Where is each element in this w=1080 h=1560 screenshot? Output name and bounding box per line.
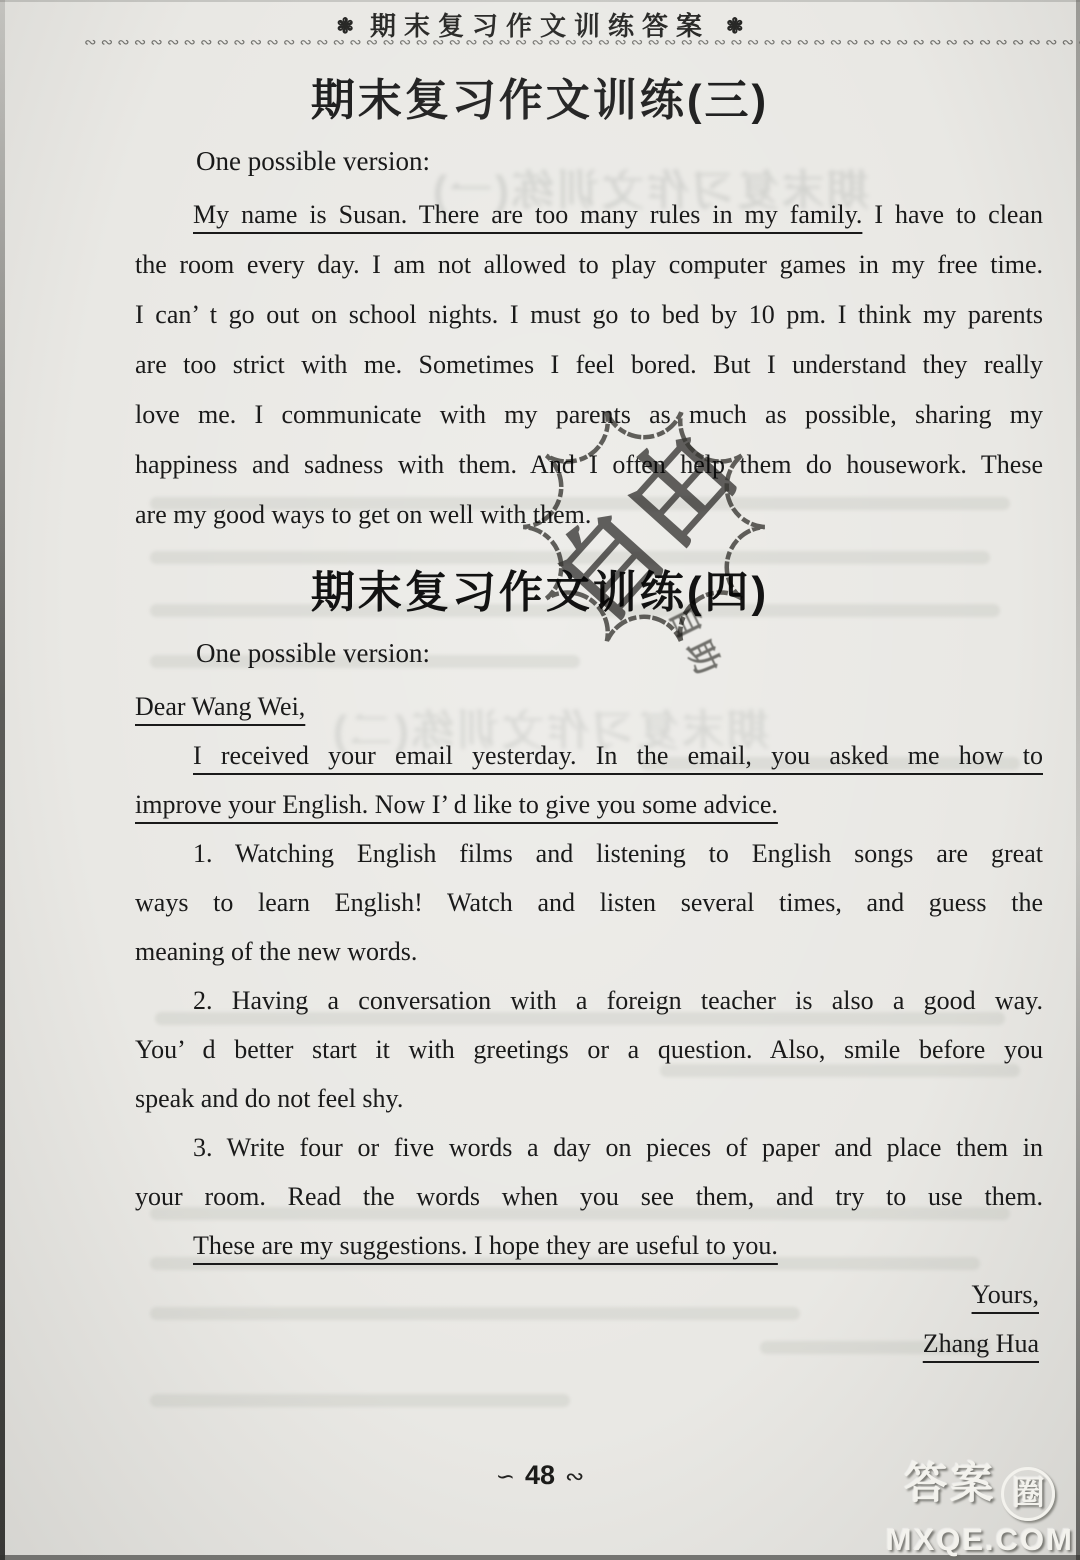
- underlined-text: My name is Susan. There are too many rul…: [193, 200, 862, 229]
- text-line: Dear Wang Wei,: [135, 682, 1043, 731]
- swash-ornament-icon: ∽: [496, 1464, 515, 1489]
- text-line: 3. Write four or five words a day on pie…: [135, 1123, 1043, 1172]
- watermark-circle-char: 圈: [1001, 1467, 1055, 1521]
- scan-edge-left: [0, 0, 5, 1560]
- text-line: the room every day. I am not allowed to …: [135, 240, 1043, 290]
- scan-edge-top: [0, 0, 1080, 2]
- text-line: Yours,: [135, 1270, 1043, 1319]
- underlined-text: These are my suggestions. I hope they ar…: [193, 1231, 778, 1260]
- site-watermark: 答案圈 MXQE.COM: [886, 1450, 1074, 1558]
- text-line: speak and do not feel shy.: [135, 1074, 1043, 1123]
- one-possible-version-label: One possible version:: [196, 146, 430, 177]
- text-line: meaning of the new words.: [135, 927, 1043, 976]
- underlined-text: Zhang Hua: [923, 1329, 1039, 1358]
- one-possible-version-label: One possible version:: [196, 638, 430, 669]
- page-number: 48: [525, 1460, 555, 1490]
- underlined-text: Yours,: [972, 1280, 1039, 1309]
- text-line: I can’ t go out on school nights. I must…: [135, 290, 1043, 340]
- underlined-text: improve your English. Now I’ d like to g…: [135, 790, 778, 819]
- text-line: 2. Having a conversation with a foreign …: [135, 976, 1043, 1025]
- text-line: 1. Watching English films and listening …: [135, 829, 1043, 878]
- underlined-text: I received your email yesterday. In the …: [193, 741, 1043, 770]
- text-line: your room. Read the words when you see t…: [135, 1172, 1043, 1221]
- essay-four-body: Dear Wang Wei,I received your email yest…: [135, 682, 1043, 1368]
- scanned-answer-page: 期末复习作文训练(一) 期末复习作文训练(二) ❃期末复习作文训练答案❃ ∾∾∾…: [0, 0, 1080, 1560]
- text-line: My name is Susan. There are too many rul…: [135, 190, 1043, 240]
- watermark-brand: 答案圈: [886, 1450, 1074, 1521]
- watermark-brand-text: 答案: [904, 1460, 996, 1508]
- flower-stamp: 自由: [478, 376, 810, 678]
- text-line: ways to learn English! Watch and listen …: [135, 878, 1043, 927]
- text-line: These are my suggestions. I hope they ar…: [135, 1221, 1043, 1270]
- bleedthrough-smudge: [150, 1394, 570, 1407]
- swash-ornament-icon: ∾: [565, 1464, 584, 1489]
- scan-edge-right: [1076, 0, 1080, 1560]
- stamp-inner-text: 自由: [531, 411, 758, 645]
- header-divider-ornament: ∾∾∾∾∾∾∾∾∾∾∾∾∾∾∾∾∾∾∾∾∾∾∾∾∾∾∾∾∾∾∾∾∾∾∾∾∾∾∾∾…: [84, 33, 1080, 57]
- watermark-site-url: MXQE.COM: [886, 1522, 1074, 1558]
- text-line: Zhang Hua: [135, 1319, 1043, 1368]
- text-line: I received your email yesterday. In the …: [135, 731, 1043, 780]
- text-line: improve your English. Now I’ d like to g…: [135, 780, 1043, 829]
- section-three-title: 期末复习作文训练(三): [0, 64, 1080, 128]
- text-line: You’ d better start it with greetings or…: [135, 1025, 1043, 1074]
- underlined-text: Dear Wang Wei,: [135, 692, 305, 721]
